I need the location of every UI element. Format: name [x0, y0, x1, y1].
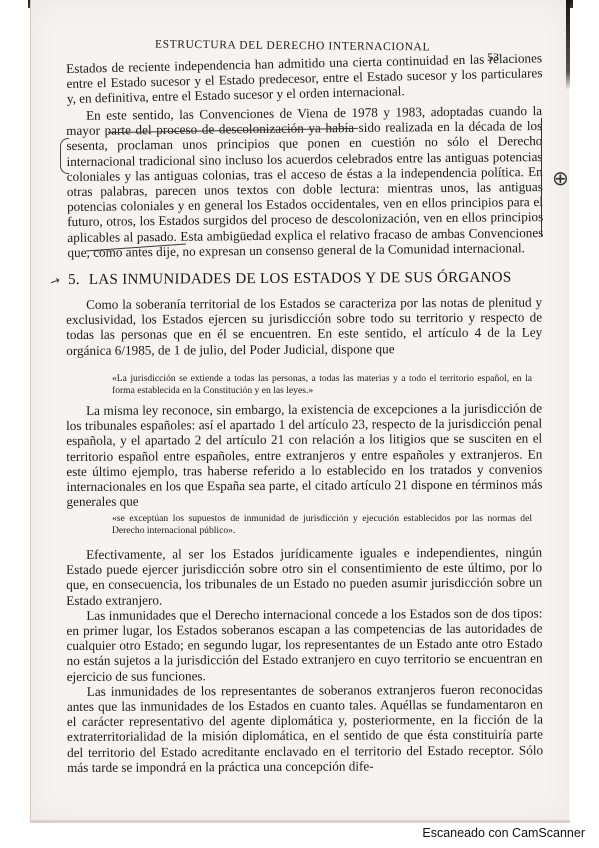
section-paragraph: La misma ley reconoce, sin embargo, la e…	[66, 401, 543, 510]
paragraph-highlighted: En este sentido, las Convenciones de Vie…	[66, 103, 544, 260]
paragraph: La misma ley reconoce, sin embargo, la e…	[66, 401, 543, 510]
paragraph: En este sentido, las Convenciones de Vie…	[66, 103, 544, 260]
paragraph: Efectivamente, al ser los Estados jurídi…	[66, 545, 542, 608]
paragraph: Las inmunidades que el Derecho internaci…	[66, 605, 542, 684]
section-heading: 5.LAS INMUNIDADES DE LOS ESTADOS Y DE SU…	[68, 270, 512, 289]
handwritten-circle-symbol-icon: ⊕	[552, 166, 569, 190]
section-paragraph: Como la soberanía territorial de los Est…	[66, 295, 542, 358]
camscanner-watermark: Escaneado con CamScanner	[422, 826, 585, 840]
page-edge-shadow	[566, 0, 570, 90]
section-number: 5.	[68, 272, 80, 288]
page-bottom-edge	[30, 820, 570, 823]
handwritten-bracket	[60, 138, 69, 174]
paragraph: Las inmunidades de los representantes de…	[67, 681, 543, 775]
block-quote: «se exceptúan los supuestos de inmunidad…	[112, 513, 532, 537]
handwritten-margin-line	[541, 118, 542, 236]
block-quote: «La jurisdicción se extiende a todas las…	[112, 373, 532, 397]
section-paragraph: Efectivamente, al ser los Estados jurídi…	[66, 545, 543, 776]
paragraph: Como la soberanía territorial de los Est…	[66, 295, 542, 358]
section-title: LAS INMUNIDADES DE LOS ESTADOS Y DE SUS …	[89, 270, 512, 288]
